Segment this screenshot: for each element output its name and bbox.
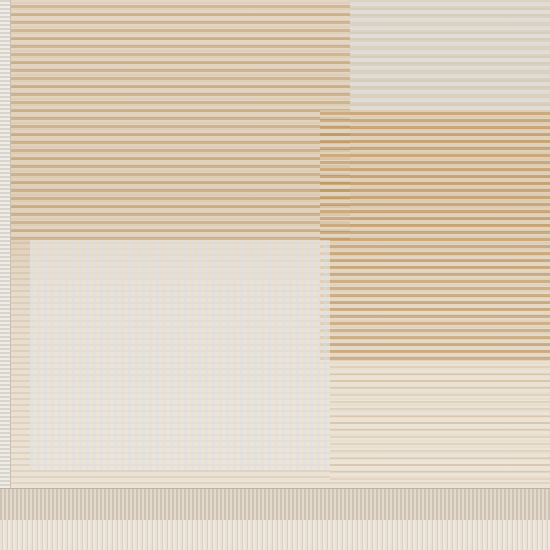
gold-striated-area-right: [320, 110, 550, 360]
rug-photo: [0, 0, 550, 550]
cream-area: [330, 360, 550, 480]
tassel-fringe: [0, 520, 550, 550]
light-grey-area: [30, 240, 330, 470]
side-binding: [0, 0, 11, 490]
rug-pile: [0, 0, 550, 490]
bottom-binding: [0, 488, 550, 521]
gold-striated-area: [10, 0, 350, 240]
grey-faded-area: [350, 0, 550, 110]
